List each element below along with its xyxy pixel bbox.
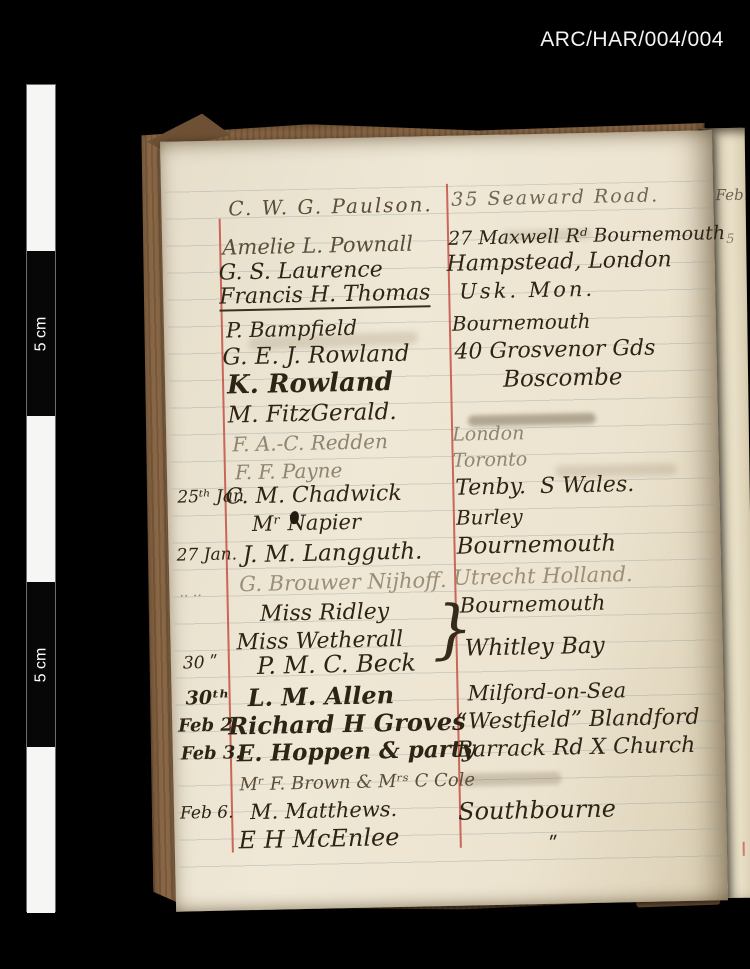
entry-address: Whitley Bay [464,635,604,661]
next-page-partial-date: Feb. [715,186,748,204]
entry-date: 27 Jan. [176,546,237,564]
scale-segment-white [27,85,55,251]
entry-address: Tenby. S Wales. [455,474,634,500]
entry-name: E H McEnlee [238,825,399,852]
scale-label: 5 cm [32,316,50,351]
entry-address: Bournemouth [456,532,616,558]
entry-address: Barrack Rd X Church [457,735,696,762]
scale-segment-black: 5 cm [27,251,55,416]
entry-name: Mʳ Napier [252,512,361,535]
photo-of-visitor-register: ARC/HAR/004/004 5 cm 5 cm Feb. 5 25ᵗʰ Ja… [0,0,750,969]
entry-name: Richard H Groves [228,710,466,739]
entry-name: G. Brouwer Nijhoff. [239,570,447,595]
entry-name: E. Hoppen & party [237,737,475,765]
entry-date: Feb 6. [180,804,234,822]
entry-name: Amelie L. Pownall [222,234,413,259]
entry-address-ditto: ʺ [549,834,559,854]
entry-name: C. W. G. Paulson. [228,194,433,218]
entry-address: 40 Grosvenor Gds [454,338,655,364]
entry-name: C. M. Chadwick [225,483,402,509]
entry-date: Feb 3. [181,744,242,763]
entry-name: M. Matthews. [250,799,398,823]
entry-address: Bournemouth [452,311,591,334]
next-page-red-rule-tick [743,842,745,856]
next-page-partial-digit: 5 [726,232,734,247]
entry-address: Toronto [453,450,528,471]
entry-date: 30 ʺ [183,655,218,673]
faded-entry [461,772,561,787]
archive-reference-label: ARC/HAR/004/004 [540,28,724,52]
entry-address: Utrecht Holland. [453,564,633,589]
entry-name: Miss Ridley [260,601,390,626]
entry-address: Usk. Mon. [459,279,595,303]
register-page: 25ᵗʰ Jan 27 Jan. .. .. 30 ʺ 30ᵗʰ Feb 2 F… [160,130,728,911]
entry-name: J. M. Langguth. [242,540,422,567]
entry-address: 35 Seaward Road. [451,186,659,209]
scale-label: 5 cm [32,647,50,682]
entry-date: Feb 2 [178,716,233,735]
entry-name: F. A.-C. Redden [232,431,388,454]
entry-address: London [452,424,525,445]
entry-name: G. E. J. Rowland [222,343,410,370]
entry-date-ditto: .. .. [179,585,202,599]
entry-address: “Westfield” Blandford [456,707,700,734]
entry-name: P. M. C. Beck [257,651,416,678]
entry-name: K. Rowland [227,369,393,398]
entry-address: Hampstead, London [446,249,672,276]
entry-name: Francis H. Thomas [219,282,431,311]
entry-address: Southbourne [458,796,616,823]
entry-name: L. M. Allen [247,683,394,710]
scale-segment-white [27,747,55,913]
entry-name: Mʳ F. Brown & Mʳˢ C Cole [239,771,475,794]
entry-address: Milford-on-Sea [467,680,626,704]
entry-address: Burley [456,506,523,527]
entry-date: 30ᵗʰ [185,689,229,709]
scale-bar: 5 cm 5 cm [26,84,56,912]
scale-segment-white [27,416,55,582]
entry-name: M. FitzGerald. [228,401,397,428]
entry-address: Boscombe [503,366,623,391]
entry-name: F. F. Payne [235,460,343,482]
entry-address: Bournemouth [460,593,606,617]
scale-segment-black: 5 cm [27,582,55,747]
entry-name: P. Bampfield [226,318,358,342]
